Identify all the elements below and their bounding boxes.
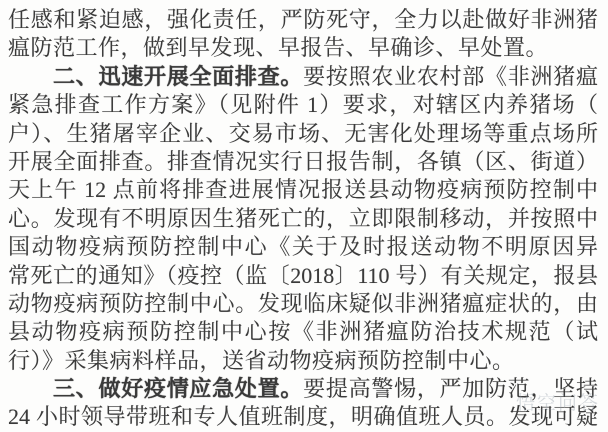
text-line-body: 心。发现有不明原因生猪死亡的，立即限制移动，并按照中 [8, 206, 598, 231]
text-line-body: 常死亡的通知》（疫控（监〔2018〕110 号）有关规定，报县 [8, 263, 598, 288]
text-line-body: 任感和紧迫感，强化责任，严防死守，全力以赴做好非洲猪 [8, 7, 598, 32]
section-heading-bold: 二、迅速开展全面排查。 [53, 64, 303, 89]
text-line-body: 开展全面排查。排查情况实行日报告制，各镇（区、街道）每 [8, 149, 598, 176]
text-line: 任感和紧迫感，强化责任，严防死守，全力以赴做好非洲猪 [8, 6, 598, 34]
text-line: 国动物疫病预防控制中心《关于及时报送动物不明原因异 [8, 233, 598, 261]
text-line-body: 动物疫病预防控制中心。发现临床疑似非洲猪瘟症状的，由 [8, 291, 598, 316]
text-line-body: 瘟防范工作，做到早发现、早报告、早确诊、早处置。 [8, 35, 548, 60]
text-line: 行）》采集病料样品，送省动物疫病预防控制中心。 [8, 347, 598, 375]
text-line-section-heading-3: 三、做好疫情应急处置。要提高警惕，严加防范，坚持 [8, 375, 598, 403]
text-line: 紧急排查工作方案》（见附件 1）要求，对辖区内养猪场（ [8, 91, 598, 119]
text-line-body: 天上午 12 点前将排查进展情况报送县动物疫病预防控制中 [8, 177, 598, 202]
text-line: 心。发现有不明原因生猪死亡的，立即限制移动，并按照中 [8, 205, 598, 233]
text-line-section-heading-2: 二、迅速开展全面排查。要按照农业农村部《非洲猪瘟 [8, 63, 598, 91]
text-line: 瘟防范工作，做到早发现、早报告、早确诊、早处置。 [8, 34, 598, 62]
text-line-body: 要按照农业农村部《非洲猪瘟 [303, 64, 598, 89]
text-line: 天上午 12 点前将排查进展情况报送县动物疫病预防控制中 [8, 176, 598, 204]
text-line: 开展全面排查。排查情况实行日报告制，各镇（区、街道）每 [8, 148, 598, 176]
section-heading-bold: 三、做好疫情应急处置。 [53, 376, 303, 401]
text-line-body: 紧急排查工作方案》（见附件 1）要求，对辖区内养猪场（ [8, 92, 598, 117]
document-page: 任感和紧迫感，强化责任，严防死守，全力以赴做好非洲猪 瘟防范工作，做到早发现、早… [8, 6, 598, 432]
text-line: 动物疫病预防控制中心。发现临床疑似非洲猪瘟症状的，由 [8, 290, 598, 318]
text-line-body: 县动物疫病预防控制中心按《非洲猪瘟防治技术规范（试 [8, 319, 598, 344]
text-line-body: 行）》采集病料样品，送省动物疫病预防控制中心。 [8, 348, 515, 373]
text-line-body: 国动物疫病预防控制中心《关于及时报送动物不明原因异 [8, 234, 598, 259]
text-line-body: 24 小时领导带班和专人值班制度，明确值班人员。发现可疑 [8, 404, 598, 429]
text-line-body: 户）、生猪屠宰企业、交易市场、无害化处理场等重点场所 [8, 121, 598, 146]
text-line: 户）、生猪屠宰企业、交易市场、无害化处理场等重点场所 [8, 120, 598, 148]
text-line: 24 小时领导带班和专人值班制度，明确值班人员。发现可疑 [8, 403, 598, 431]
text-line-body: 要提高警惕，严加防范，坚持 [303, 376, 598, 401]
text-line: 常死亡的通知》（疫控（监〔2018〕110 号）有关规定，报县 [8, 262, 598, 290]
text-line: 县动物疫病预防控制中心按《非洲猪瘟防治技术规范（试 [8, 318, 598, 346]
